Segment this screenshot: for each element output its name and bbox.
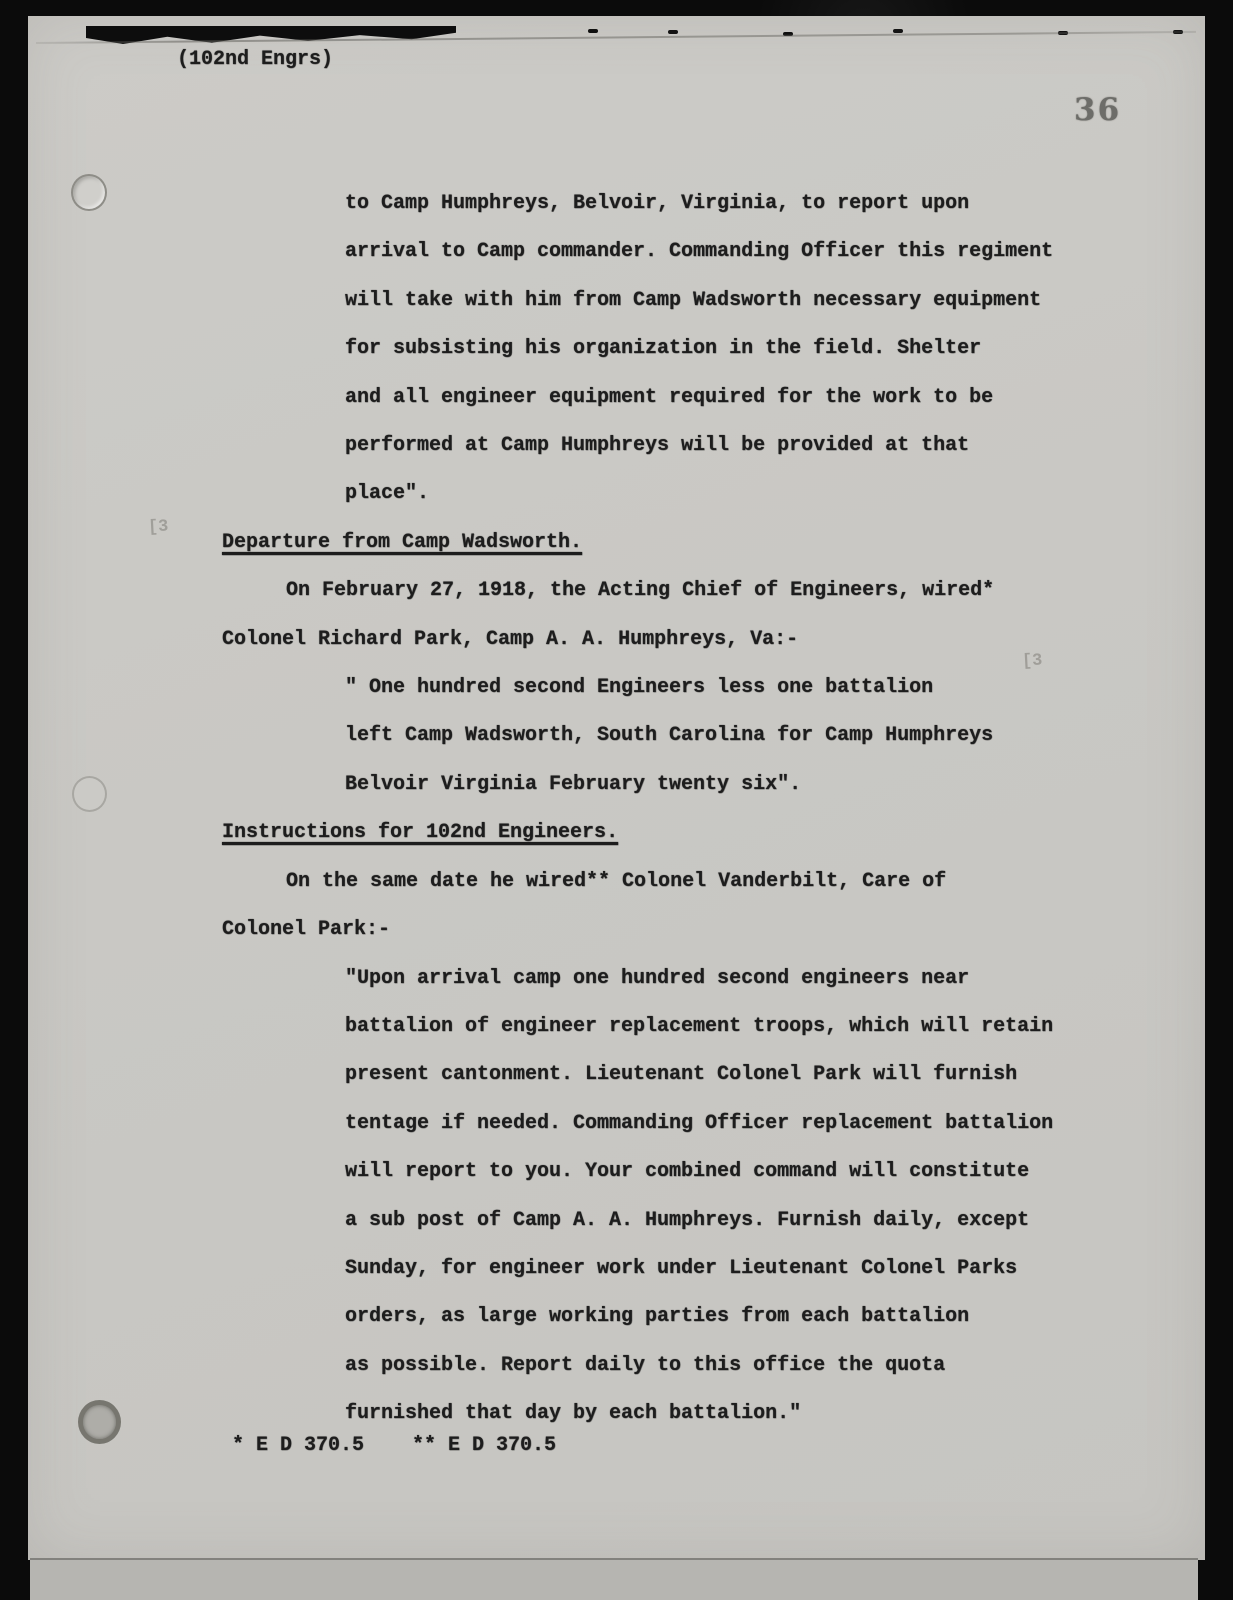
typed-line: arrival to Camp commander. Commanding Of…	[222, 228, 1122, 276]
top-edge-specks	[588, 29, 598, 33]
typed-line: orders, as large working parties from ea…	[222, 1293, 1122, 1341]
typed-line: for subsisting his organization in the f…	[222, 325, 1122, 373]
scanned-document-page: { "page": { "header_tag": "(102nd Engrs)…	[0, 0, 1233, 1600]
typed-line: a sub post of Camp A. A. Humphreys. Furn…	[222, 1197, 1122, 1245]
typed-line: furnished that day by each battalion."	[222, 1390, 1122, 1438]
typed-line: Colonel Park:-	[222, 906, 1122, 954]
faint-stamp-mark: [3	[148, 517, 169, 537]
typed-line: place".	[222, 470, 1122, 518]
typed-line: Colonel Richard Park, Camp A. A. Humphre…	[222, 616, 1122, 664]
typed-line: performed at Camp Humphreys will be prov…	[222, 422, 1122, 470]
typed-line: as possible. Report daily to this office…	[222, 1342, 1122, 1390]
typed-line: tentage if needed. Commanding Officer re…	[222, 1100, 1122, 1148]
typed-line: battalion of engineer replacement troops…	[222, 1003, 1122, 1051]
typed-line: Instructions for 102nd Engineers.	[222, 809, 1122, 857]
typed-line: On February 27, 1918, the Acting Chief o…	[222, 567, 1122, 615]
typed-line: left Camp Wadsworth, South Carolina for …	[222, 712, 1122, 760]
punch-hole-bottom	[78, 1400, 121, 1444]
header-unit-tag: (102nd Engrs)	[177, 48, 333, 71]
typed-line: present cantonment. Lieutenant Colonel P…	[222, 1051, 1122, 1099]
punch-hole-middle	[72, 776, 107, 812]
typed-line: "Upon arrival camp one hundred second en…	[222, 955, 1122, 1003]
typed-line: " One hundred second Engineers less one …	[222, 664, 1122, 712]
page-number: 36	[1074, 92, 1121, 128]
punch-hole-top	[71, 174, 107, 211]
typed-line: will take with him from Camp Wadsworth n…	[222, 277, 1122, 325]
typed-line: Belvoir Virginia February twenty six".	[222, 761, 1122, 809]
footnote-references: * E D 370.5 ** E D 370.5	[232, 1434, 556, 1457]
faint-stamp-mark: [3	[1022, 651, 1043, 671]
typed-line: and all engineer equipment required for …	[222, 374, 1122, 422]
typed-line: will report to you. Your combined comman…	[222, 1148, 1122, 1196]
document-body: to Camp Humphreys, Belvoir, Virginia, to…	[222, 180, 1122, 1439]
typed-line: Sunday, for engineer work under Lieutena…	[222, 1245, 1122, 1293]
underlying-sheet-edge	[30, 1558, 1198, 1600]
typed-line: On the same date he wired** Colonel Vand…	[222, 858, 1122, 906]
typed-line: Departure from Camp Wadsworth.	[222, 519, 1122, 567]
paper-sheet: (102nd Engrs) 36 to Camp Humphreys, Belv…	[28, 16, 1205, 1560]
typed-line: to Camp Humphreys, Belvoir, Virginia, to…	[222, 180, 1122, 228]
